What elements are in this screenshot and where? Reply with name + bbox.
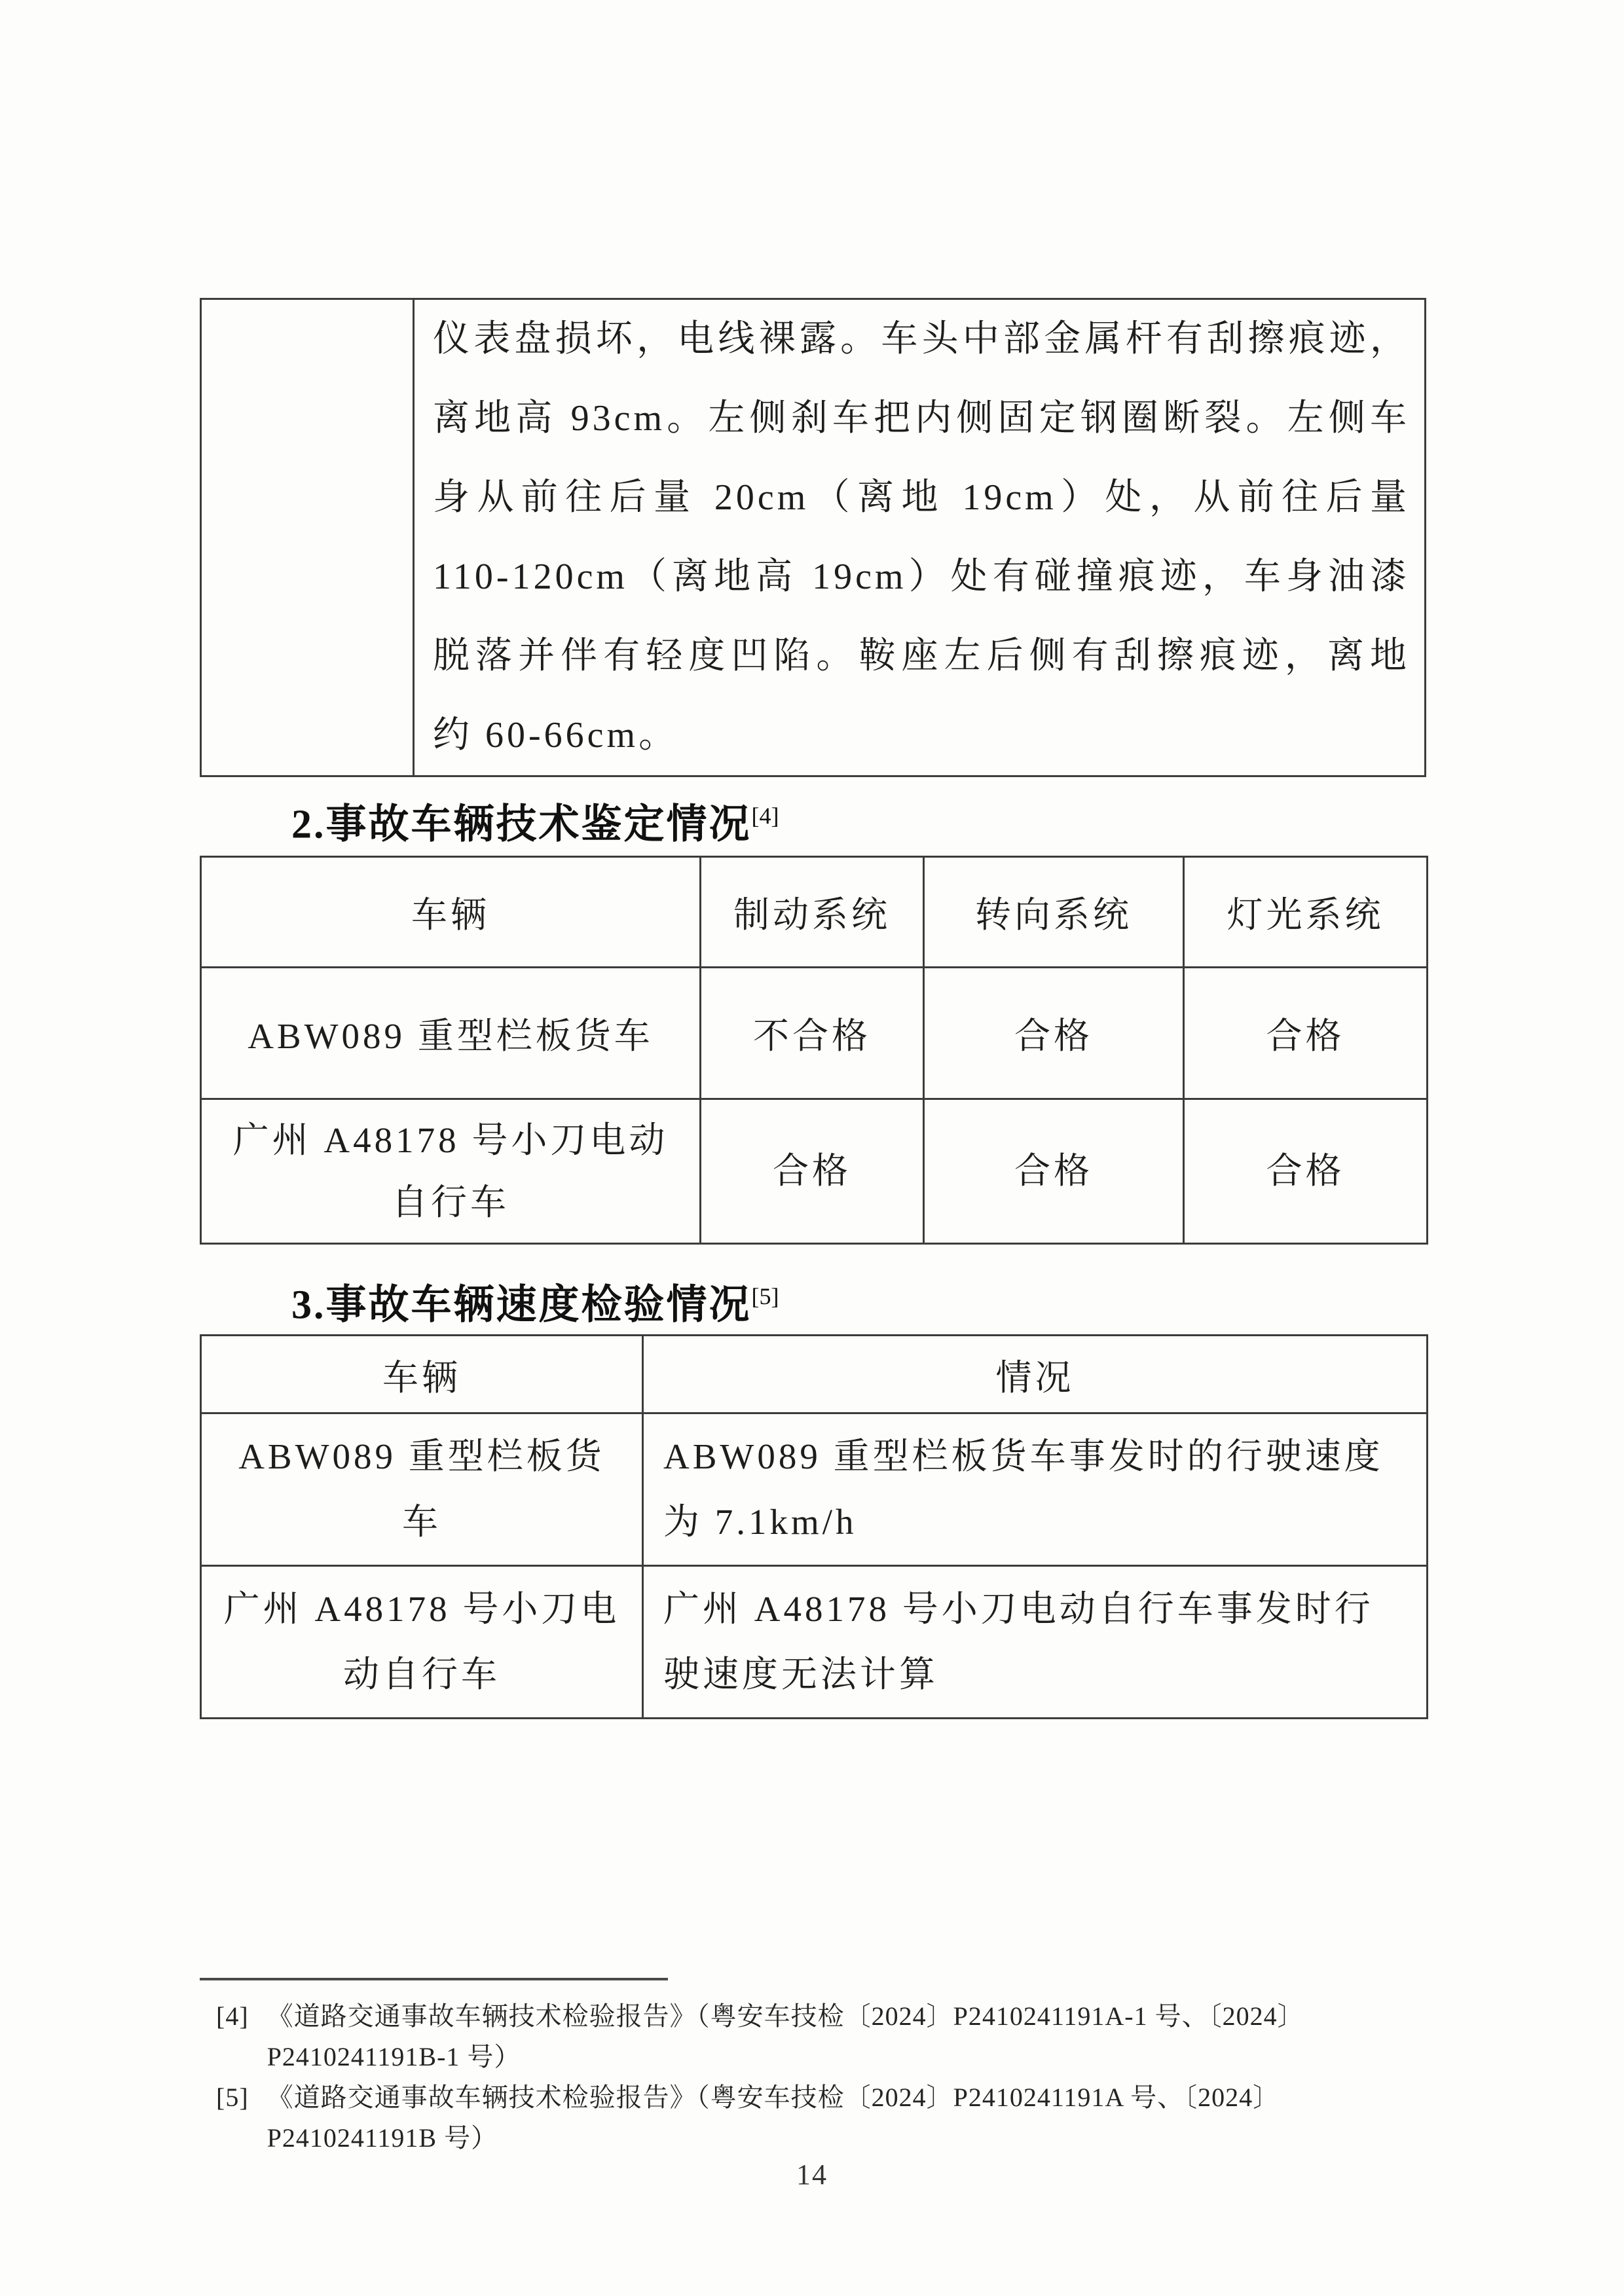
table-cell-vehicle: 广州 A48178 号小刀电动自行车	[201, 1566, 643, 1719]
footnote-item: [4] 《道路交通事故车辆技术检验报告》（粤安车技检〔2024〕P2410241…	[216, 1996, 1426, 2077]
table-row: 广州 A48178 号小刀电动自行车 合格 合格 合格	[201, 1099, 1428, 1243]
page-number: 14	[0, 2158, 1624, 2191]
section-heading-tech-inspection: 2.事故车辆技术鉴定情况[4]	[200, 790, 1426, 850]
damage-table-empty-label-cell	[201, 299, 414, 776]
footnote-divider	[200, 1978, 668, 1980]
table-cell-situation: 广州 A48178 号小刀电动自行车事发时行驶速度无法计算	[643, 1566, 1428, 1719]
footnote-ref-4: [4]	[752, 803, 779, 829]
table-cell-situation: ABW089 重型栏板货车事发时的行驶速度为 7.1km/h	[643, 1413, 1428, 1566]
column-header-steering-system: 转向系统	[924, 856, 1184, 967]
footnote-marker: [5]	[216, 2077, 249, 2159]
table-cell-steering-result: 合格	[924, 1099, 1184, 1243]
table-row: 仪表盘损坏，电线裸露。车头中部金属杆有刮擦痕迹， 离地高 93cm。左侧刹车把内…	[201, 299, 1426, 776]
table-header-row: 车辆 制动系统 转向系统 灯光系统	[201, 856, 1428, 967]
footnote-ref-5: [5]	[752, 1283, 779, 1309]
footnote-list: [4] 《道路交通事故车辆技术检验报告》（粤安车技检〔2024〕P2410241…	[200, 1996, 1426, 2159]
damage-text-line: 身从前往后量 20cm（离地 19cm）处，从前往后量	[433, 458, 1410, 538]
footnote-text: 《道路交通事故车辆技术检验报告》（粤安车技检〔2024〕P2410241191A…	[267, 1996, 1426, 2077]
table-cell-light-result: 合格	[1184, 967, 1428, 1099]
table-cell-steering-result: 合格	[924, 967, 1184, 1099]
damage-description-table: 仪表盘损坏，电线裸露。车头中部金属杆有刮擦痕迹， 离地高 93cm。左侧刹车把内…	[200, 298, 1426, 777]
footnote-text: 《道路交通事故车辆技术检验报告》（粤安车技检〔2024〕P2410241191A…	[267, 2077, 1426, 2159]
tech-inspection-table: 车辆 制动系统 转向系统 灯光系统 ABW089 重型栏板货车 不合格 合格 合…	[200, 856, 1428, 1245]
table-row: 广州 A48178 号小刀电动自行车 广州 A48178 号小刀电动自行车事发时…	[201, 1566, 1428, 1719]
column-header-light-system: 灯光系统	[1184, 856, 1428, 967]
table-row: ABW089 重型栏板货车 不合格 合格 合格	[201, 967, 1428, 1099]
column-header-vehicle: 车辆	[201, 1336, 643, 1413]
table-cell-vehicle: ABW089 重型栏板货车	[201, 1413, 643, 1566]
table-cell-vehicle: 广州 A48178 号小刀电动自行车	[201, 1099, 701, 1243]
damage-text-line: 仪表盘损坏，电线裸露。车头中部金属杆有刮擦痕迹，	[433, 300, 1410, 379]
section-title: 2.事故车辆技术鉴定情况	[291, 803, 752, 847]
column-header-brake-system: 制动系统	[701, 856, 924, 967]
damage-table-text-cell: 仪表盘损坏，电线裸露。车头中部金属杆有刮擦痕迹， 离地高 93cm。左侧刹车把内…	[414, 299, 1426, 776]
table-cell-brake-result: 合格	[701, 1099, 924, 1243]
damage-text-line: 约 60-66cm。	[433, 696, 1410, 775]
damage-text-line: 110-120cm（离地高 19cm）处有碰撞痕迹，车身油漆	[433, 538, 1410, 617]
document-page: 仪表盘损坏，电线裸露。车头中部金属杆有刮擦痕迹， 离地高 93cm。左侧刹车把内…	[0, 0, 1624, 2296]
column-header-situation: 情况	[643, 1336, 1428, 1413]
document-content: 仪表盘损坏，电线裸露。车头中部金属杆有刮擦痕迹， 离地高 93cm。左侧刹车把内…	[200, 298, 1426, 2159]
damage-text-line: 离地高 93cm。左侧刹车把内侧固定钢圈断裂。左侧车	[433, 379, 1410, 458]
table-header-row: 车辆 情况	[201, 1336, 1428, 1413]
table-cell-brake-result: 不合格	[701, 967, 924, 1099]
footnote-marker: [4]	[216, 1996, 249, 2077]
footnotes-section: [4] 《道路交通事故车辆技术检验报告》（粤安车技检〔2024〕P2410241…	[200, 1978, 1426, 2159]
section-heading-speed-inspection: 3.事故车辆速度检验情况[5]	[200, 1271, 1426, 1331]
table-row: ABW089 重型栏板货车 ABW089 重型栏板货车事发时的行驶速度为 7.1…	[201, 1413, 1428, 1566]
column-header-vehicle: 车辆	[201, 856, 701, 967]
footnote-item: [5] 《道路交通事故车辆技术检验报告》（粤安车技检〔2024〕P2410241…	[216, 2077, 1426, 2159]
table-cell-vehicle: ABW089 重型栏板货车	[201, 967, 701, 1099]
table-cell-light-result: 合格	[1184, 1099, 1428, 1243]
section-title: 3.事故车辆速度检验情况	[291, 1283, 752, 1327]
speed-inspection-table: 车辆 情况 ABW089 重型栏板货车 ABW089 重型栏板货车事发时的行驶速…	[200, 1334, 1428, 1719]
damage-text-line: 脱落并伴有轻度凹陷。鞍座左后侧有刮擦痕迹，离地	[433, 617, 1410, 696]
